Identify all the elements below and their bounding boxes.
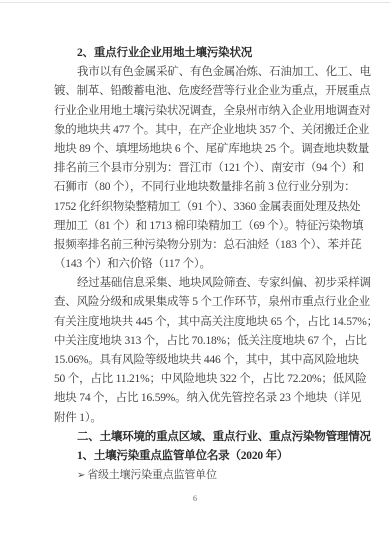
text-line: 报频率排名前三种污染物分别为：总石油烃（183 个）、苯并芘: [54, 236, 342, 255]
text-line: 行业企业用地土壤污染状况调查，全泉州市纳入企业用地调查对: [54, 102, 342, 121]
text-line: 排名前三个县市分别为：晋江市（121 个）、南安市（94 个）和: [54, 159, 342, 178]
text-line: 中关注度地块 313 个，占比 70.18%；低关注度地块 67 个，占比: [54, 332, 342, 351]
text-line: 理加工（81 个）和 1713 棉印染精加工（69 个）。特征污染物填: [54, 217, 342, 236]
heading-industry-soil-pollution: 2、重点行业企业用地土壤污染状况: [54, 44, 342, 63]
document-page: 2、重点行业企业用地土壤污染状况我市以有色金属采矿、有色金属冶炼、石油加工、化工…: [0, 0, 390, 551]
page-number: 6: [0, 494, 390, 503]
bullet-text: 省级土壤污染重点监管单位: [87, 469, 217, 481]
text-line: 镀、制革、铅酸蓄电池、危废经营等行业企业为重点，开展重点: [54, 82, 342, 101]
text-line: 50 个，占比 11.21%；中风险地块 322 个，占比 72.20%；低风险: [54, 370, 342, 389]
text-line: 地块 74 个，占比 16.59%。纳入优先管控名录 23 个地块（详见: [54, 389, 342, 408]
text-line: 查、风险分级和成果集成等 5 个工作环节，泉州市重点行业企业: [54, 293, 342, 312]
text-line: 1752 化纤织物染整精加工（91 个）、3360 金属表面处理及热处: [54, 198, 342, 217]
bullet-provincial-units: ➢省级土壤污染重点监管单位: [54, 466, 342, 485]
text-line: 附件 1）。: [54, 409, 342, 428]
text-line: 经过基础信息采集、地块风险筛查、专家纠偏、初步采样调: [54, 274, 342, 293]
heading-key-management: 二、土壤环境的重点区域、重点行业、重点污染物管理情况: [54, 428, 342, 447]
text-column: 2、重点行业企业用地土壤污染状况我市以有色金属采矿、有色金属冶炼、石油加工、化工…: [54, 44, 342, 485]
bullet-arrow-icon: ➢: [77, 470, 85, 481]
page-top-edge: [0, 2, 390, 3]
text-line: 象的地块共 477 个。其中，在产企业地块 357 个、关闭搬迁企业: [54, 121, 342, 140]
text-line: （143 个）和六价铬（117 个）。: [54, 255, 342, 274]
text-line: 我市以有色金属采矿、有色金属冶炼、石油加工、化工、电: [54, 63, 342, 82]
text-line: 地块 89 个、填埋场地块 6 个、尾矿库地块 25 个。调查地块数量: [54, 140, 342, 159]
text-line: 15.06%。具有风险等级地块共 446 个，其中，其中高风险地块: [54, 351, 342, 370]
text-line: 石狮市（80 个），不同行业地块数量排名前 3 位行业分别为：: [54, 178, 342, 197]
text-line: 有关注度地块共 445 个，其中高关注度地块 65 个，占比 14.57%；: [54, 313, 342, 332]
heading-supervision-list-2020: 1、土壤污染重点监管单位名录（2020 年）: [54, 447, 342, 466]
